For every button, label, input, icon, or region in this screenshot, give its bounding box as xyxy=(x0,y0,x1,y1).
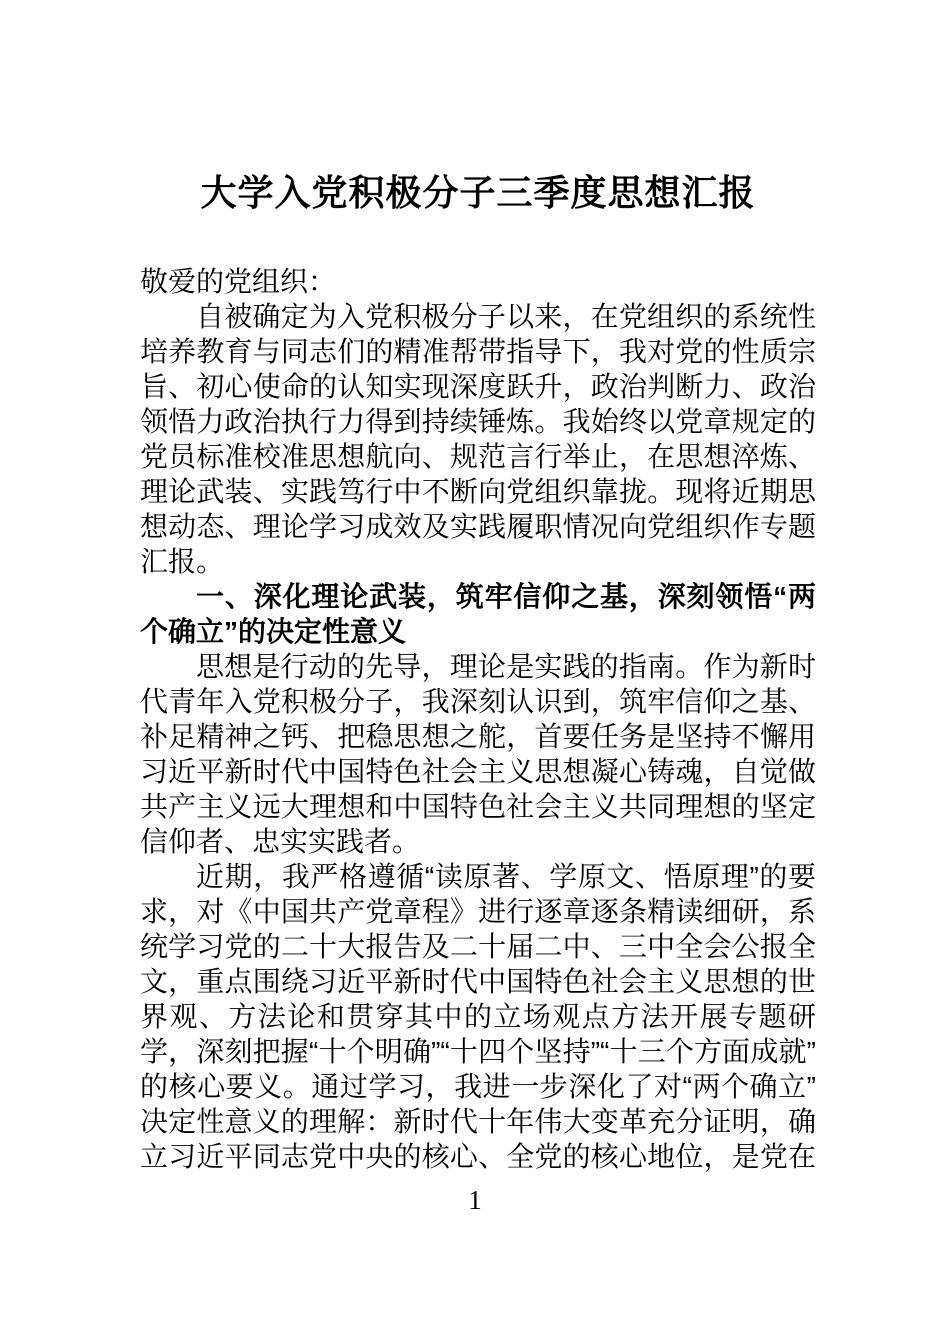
salutation: 敬爱的党组织： xyxy=(140,264,816,299)
paragraph-intro: 自被确定为入党积极分子以来，在党组织的系统性培养教育与同志们的精准帮带指导下，我… xyxy=(140,299,816,579)
document-title: 大学入党积极分子三季度思想汇报 xyxy=(140,172,816,214)
section-heading-1: 一、深化理论武装，筑牢信仰之基，深刻领悟“两个确立”的决定性意义 xyxy=(140,579,816,649)
page-number: 1 xyxy=(0,1184,950,1216)
document-page: 大学入党积极分子三季度思想汇报 敬爱的党组织： 自被确定为入党积极分子以来，在党… xyxy=(0,0,950,1344)
document-content: 大学入党积极分子三季度思想汇报 敬爱的党组织： 自被确定为入党积极分子以来，在党… xyxy=(140,172,816,1172)
paragraph-study: 近期，我严格遵循“读原著、学原文、悟原理”的要求，对《中国共产党章程》进行逐章逐… xyxy=(140,859,816,1172)
paragraph-theory: 思想是行动的先导，理论是实践的指南。作为新时代青年入党积极分子，我深刻认识到，筑… xyxy=(140,649,816,859)
